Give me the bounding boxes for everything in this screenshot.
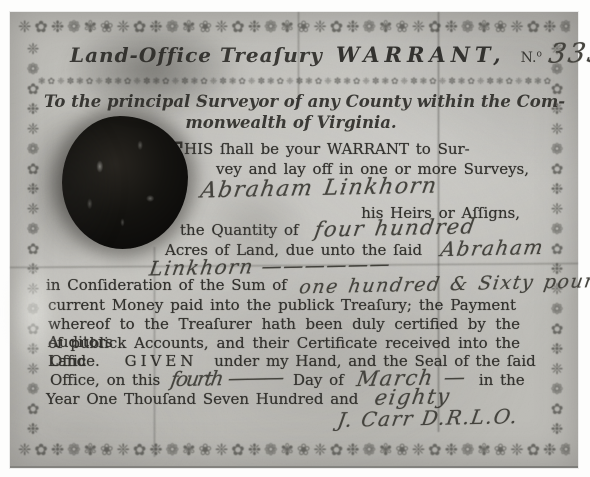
ornamental-border-left-icon: ❈❁✿❉❈❁✿❉❈❁✿❉❈❁✿❉❈❁✿❉❈❁✿❉❈❁✿❉ xyxy=(20,40,46,438)
warrant-document: ❈✿❉❁✾❀❈✿❉❁✾❀❈✿❉❁✾❀❈✿❉❁✾❀❈✿❉❁✾❀❈✿❉❁✾❀ ❈✿❉… xyxy=(10,12,578,468)
body-line-9: current Money paid into the publick Trea… xyxy=(48,296,516,314)
body-line-7: Linkhorn —————— xyxy=(150,258,391,277)
ornamental-rule-under-title-icon: ❃✿❈✽❃✿❈✽❃✿❈✽❃✿❈✽❃✿❈✽❃✿❈✽❃✿❈✽❃✿❈✽❃✿❈✽❃✿❈✽… xyxy=(38,76,554,88)
printed-on-this: Office, on this xyxy=(50,371,160,389)
title-warrant-word: WARRANT, xyxy=(336,42,506,67)
printed-office: Office. xyxy=(50,352,100,370)
handwritten-acreage: four hundred xyxy=(314,218,478,237)
body-line-1: HIS ſhall be your WARRANT to Sur- xyxy=(184,140,470,158)
body-line-14: Year One Thouſand Seven Hundred and eigh… xyxy=(46,389,451,408)
printed-consideration: in Conſideration of the Sum of xyxy=(46,276,287,294)
body-line-5: the Quantity of four hundred xyxy=(180,220,476,239)
warrant-number-label: N.o xyxy=(521,50,542,66)
document-title: Land-Office Treaſury WARRANT, N.o 3334 xyxy=(70,42,552,67)
ornamental-border-top-icon: ❈✿❉❁✾❀❈✿❉❁✾❀❈✿❉❁✾❀❈✿❉❁✾❀❈✿❉❁✾❀❈✿❉❁✾❀ xyxy=(18,15,570,39)
handwritten-grantee-name: Abraham Linkhorn xyxy=(199,179,438,200)
body-line-13: Office, on this fourth ——— Day of March … xyxy=(50,370,525,389)
body-line-3: for Abraham Linkhorn xyxy=(160,181,437,199)
registrar-signature: J. Carr D.R.L.O. xyxy=(336,408,519,428)
photo-canvas: ❈✿❉❁✾❀❈✿❉❁✾❀❈✿❉❁✾❀❈✿❉❁✾❀❈✿❉❁✾❀❈✿❉❁✾❀ ❈✿❉… xyxy=(0,0,590,477)
printed-year: Year One Thouſand Seven Hundred and xyxy=(46,390,358,408)
handwritten-sum: one hundred & Sixty pounds xyxy=(298,273,590,296)
handwritten-year: eighty xyxy=(374,388,452,406)
warrant-number-value: 3334 xyxy=(548,45,590,63)
ornamental-border-bottom-icon: ❈✿❉❁✾❀❈✿❉❁✾❀❈✿❉❁✾❀❈✿❉❁✾❀❈✿❉❁✾❀❈✿❉❁✾❀ xyxy=(18,438,570,462)
title-land-office-treasury: Land-Office Treaſury xyxy=(70,43,323,67)
wax-seal xyxy=(62,116,188,249)
handwritten-linkhorn: Linkhorn —————— xyxy=(148,255,392,276)
printed-in-the: in the xyxy=(479,371,525,389)
signature-line: J. Carr D.R.L.O. xyxy=(10,410,518,429)
handwritten-abraham: Abraham xyxy=(439,239,545,257)
wax-seal-highlights xyxy=(62,116,188,249)
printed-day-of: Day of xyxy=(293,371,344,389)
printed-quantity-of: the Quantity of xyxy=(180,221,299,239)
handwritten-day: fourth ——— xyxy=(170,369,284,387)
body-line-8: in Conſideration of the Sum of one hundr… xyxy=(46,276,590,294)
salutation-line-1: To the principal Surveyor of any County … xyxy=(44,92,538,111)
